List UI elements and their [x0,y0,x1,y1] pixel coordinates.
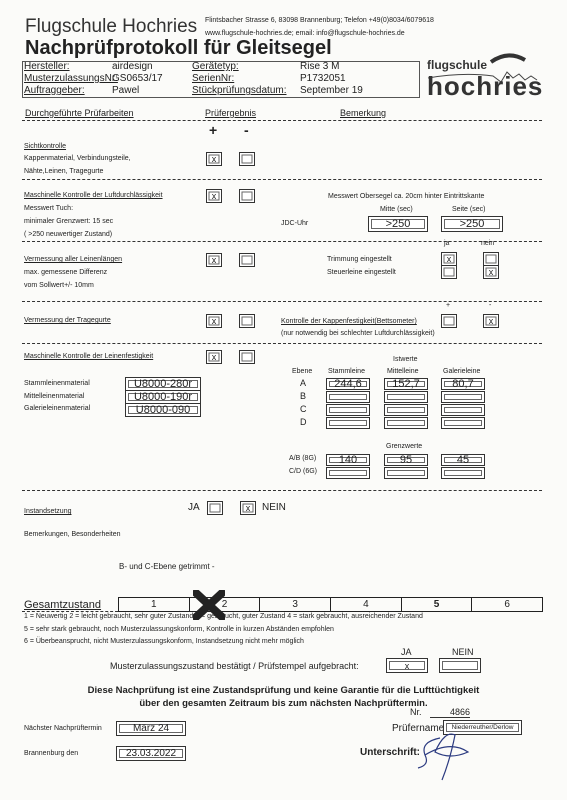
page-title: Nachprüfprotokoll für Gleitsegel [25,37,332,60]
festigkeit-minus-checkbox[interactable] [239,350,255,364]
steuer-nein-checkbox[interactable]: x [483,265,499,279]
ja-label: ja [444,240,449,247]
nr-value: 4866 [450,707,470,717]
address-line: Flintsbacher Strasse 6, 83098 Brannenbur… [205,17,434,24]
gesamtzustand-title: Gesamtzustand [24,599,101,611]
divider [22,343,542,344]
sichtkontrolle-title: Sichtkontrolle [24,143,66,150]
disclaimer-line1: Diese Nachprüfung ist eine Zustandsprüfu… [0,685,567,696]
col-remark: Bemerkung [340,108,386,118]
kappe-label: Kontrolle der Kappenfestigkeit(Bettsomet… [281,318,417,325]
leinen-line1: max. gemessene Differenz [24,269,107,276]
kappe-note: (nur notwendig bei schlechter Luftdurchl… [281,330,435,337]
luft-plus-checkbox[interactable]: x [206,189,222,203]
nr-underline [430,717,470,718]
luft-minus-checkbox[interactable] [239,189,255,203]
kappe-minus-checkbox[interactable]: x [483,314,499,328]
ebene-label-c: C [300,404,307,414]
label-auftraggeber: Auftraggeber: [24,85,85,96]
minus-header: - [244,122,249,138]
istwert-cell[interactable]: 244,6 [326,378,370,390]
istwert-cell[interactable]: 80,7 [441,378,485,390]
steuer-ja-checkbox[interactable] [441,265,457,279]
value-auftraggeber: Pawel [112,85,139,96]
nein-label: nein [481,240,494,247]
divider [22,120,542,121]
date-value[interactable]: 23.03.2022 [116,746,186,761]
material-label-mittel: Mittelleinenmaterial [24,393,84,400]
leinen-plus-checkbox[interactable]: x [206,253,222,267]
value-musterzulassung: GS0653/17 [112,73,163,84]
istwert-cell[interactable]: 152,7 [384,378,428,390]
leinen-minus-checkbox[interactable] [239,253,255,267]
luft-title: Maschinelle Kontrolle der Luftdurchlässi… [24,192,163,199]
kappe-minus-label: - [489,302,491,309]
trimmung-nein-checkbox[interactable] [483,252,499,266]
value-geraetetyp: Rise 3 M [300,61,339,72]
luft-line2: minimaler Grenzwert: 15 sec [24,218,113,225]
grenzwert-cell[interactable] [326,467,370,479]
value-hersteller: airdesign [112,61,153,72]
material-value-mittel[interactable]: U8000-190r [125,390,201,404]
school-name: Flugschule Hochries [25,16,197,38]
gesamtzustand-option-4[interactable]: 4 [331,598,402,611]
tragegurte-minus-checkbox[interactable] [239,314,255,328]
next-value[interactable]: März 24 [116,721,186,736]
col-stammleine: Stammleine [328,368,365,375]
grenzwert-cell[interactable]: 140 [326,454,370,466]
luft-line3: ( >250 neuwertiger Zustand) [24,231,112,238]
istwert-cell[interactable] [384,404,428,416]
ebene-label-b: B [300,391,306,401]
istwert-cell[interactable] [441,404,485,416]
bestaetigung-ja-label: JA [401,647,412,657]
istwert-cell[interactable] [384,417,428,429]
trimmung-label: Trimmung eingestellt [327,256,392,263]
istwert-cell[interactable] [384,391,428,403]
luft-remark-title: Messwert Obersegel ca. 20cm hinter Eintr… [328,193,484,200]
divider [22,611,118,612]
bestaetigung-nein-label: NEIN [452,647,474,657]
gesamtzustand-scale: 123456 [118,597,543,612]
divider [22,301,542,302]
logo: flugschule hochries [423,48,563,100]
gesamtzustand-option-1[interactable]: 1 [119,598,190,611]
web-line: www.flugschule-hochries.de; email: info@… [205,30,405,37]
divider [22,179,542,180]
kappe-plus-checkbox[interactable] [441,314,457,328]
ebene-label-a: A [300,378,306,388]
leinen-line2: vom Sollwert+/- 10mm [24,282,94,289]
instandsetzung-ja-checkbox[interactable] [207,501,223,515]
bemerkungen-title: Bemerkungen, Besonderheiten [24,531,121,538]
grenzwert-cell[interactable]: 45 [441,454,485,466]
col-mittelleine: Mittelleine [387,368,419,375]
luft-device: JDC-Uhr [281,220,308,227]
label-geraetetyp: Gerätetyp: [192,61,239,72]
col-work: Durchgeführte Prüfarbeiten [25,108,134,118]
ebene-label: Ebene [292,368,312,375]
instandsetzung-ja-label: JA [188,502,200,513]
nr-label: Nr. [410,707,422,717]
col-result: Prüfergebnis [205,108,256,118]
label-musterzulassung: MusterzulassungsNr: [24,73,118,84]
gesamtzustand-option-6[interactable]: 6 [472,598,542,611]
logo-top: flugschule [427,58,487,72]
steuer-label: Steuerleine eingestellt [327,269,396,276]
col-galerieleine: Galerieleine [443,368,480,375]
kappe-plus-label: + [446,302,450,309]
istwert-cell[interactable] [326,417,370,429]
logo-bottom: hochries [427,73,543,99]
istwerte-title: Istwerte [393,356,418,363]
plus-header: + [209,122,217,138]
divider [22,241,542,242]
label-seriennr: SerienNr: [192,73,234,84]
tragegurte-title: Vermessung der Tragegurte [24,317,111,324]
festigkeit-plus-checkbox[interactable]: x [206,350,222,364]
luft-mitte-label: Mitte (sec) [380,206,413,213]
istwert-cell[interactable] [326,404,370,416]
grenzwerte-title: Grenzwerte [386,443,422,450]
material-value-stamm[interactable]: U8000-280r [125,377,201,391]
material-label-galerie: Galerieleinenmaterial [24,405,90,412]
legend-line2: 5 = sehr stark gebraucht, noch Musterzul… [24,626,334,633]
next-label: Nächster Nachprüftermin [24,725,102,732]
grenzwert-cell[interactable] [384,467,428,479]
legend-line3: 6 = Überbeansprucht, nicht Musterzulassu… [24,638,304,645]
tragegurte-plus-checkbox[interactable]: x [206,314,222,328]
label-hersteller: Hersteller: [24,61,70,72]
bemerkungen-text: B- und C-Ebene getrimmt - [119,562,215,571]
material-value-galerie[interactable]: U8000-090 [125,403,201,417]
instandsetzung-nein-label: NEIN [262,502,286,513]
signature-icon [410,730,480,785]
grenz-row-label: A/B (8G) [289,455,316,462]
sichtkontrolle-line1: Kappenmaterial, Verbindungsteile, [24,155,131,162]
place-label: Brannenburg den [24,750,78,757]
istwert-cell[interactable] [441,417,485,429]
luft-seite-label: Seite (sec) [452,206,485,213]
bestaetigung-ja-box[interactable]: x [386,658,428,673]
legend-line1: 1 = Neuwertig 2 = leicht gebraucht, sehr… [24,613,423,620]
sichtkontrolle-line2: Nähte,Leinen, Tragegurte [24,168,103,175]
sichtkontrolle-plus-checkbox[interactable]: x [206,152,222,166]
divider [22,490,542,491]
luft-line1: Messwert Tuch: [24,205,73,212]
gesamtzustand-option-5[interactable]: 5 [402,598,473,611]
luft-mitte-value[interactable]: >250 [368,216,428,232]
label-stueckpruefung: Stückprüfungsdatum: [192,85,287,96]
grenzwert-cell[interactable] [441,467,485,479]
luft-seite-value[interactable]: >250 [441,216,503,232]
gesamtzustand-option-3[interactable]: 3 [260,598,331,611]
disclaimer-line2: über den gesamten Zeitraum bis zum nächs… [0,698,567,709]
festigkeit-title: Maschinelle Kontrolle der Leinenfestigke… [24,353,153,360]
grenz-row-label: C/D (6G) [289,468,317,475]
instandsetzung-nein-checkbox[interactable]: x [240,501,256,515]
value-stueckpruefung: September 19 [300,85,363,96]
istwert-cell[interactable] [441,391,485,403]
instandsetzung-title: Instandsetzung [24,508,71,515]
grenzwert-cell[interactable]: 95 [384,454,428,466]
sichtkontrolle-minus-checkbox[interactable] [239,152,255,166]
istwert-cell[interactable] [326,391,370,403]
trimmung-ja-checkbox[interactable]: x [441,252,457,266]
value-seriennr: P1732051 [300,73,346,84]
material-label-stamm: Stammleinenmaterial [24,380,90,387]
leinen-title: Vermessung aller Leinenlängen [24,256,122,263]
bestaetigung-label: Musterzulassungszustand bestätigt / Prüf… [110,661,359,671]
ebene-label-d: D [300,417,307,427]
bestaetigung-nein-box[interactable] [439,658,481,673]
